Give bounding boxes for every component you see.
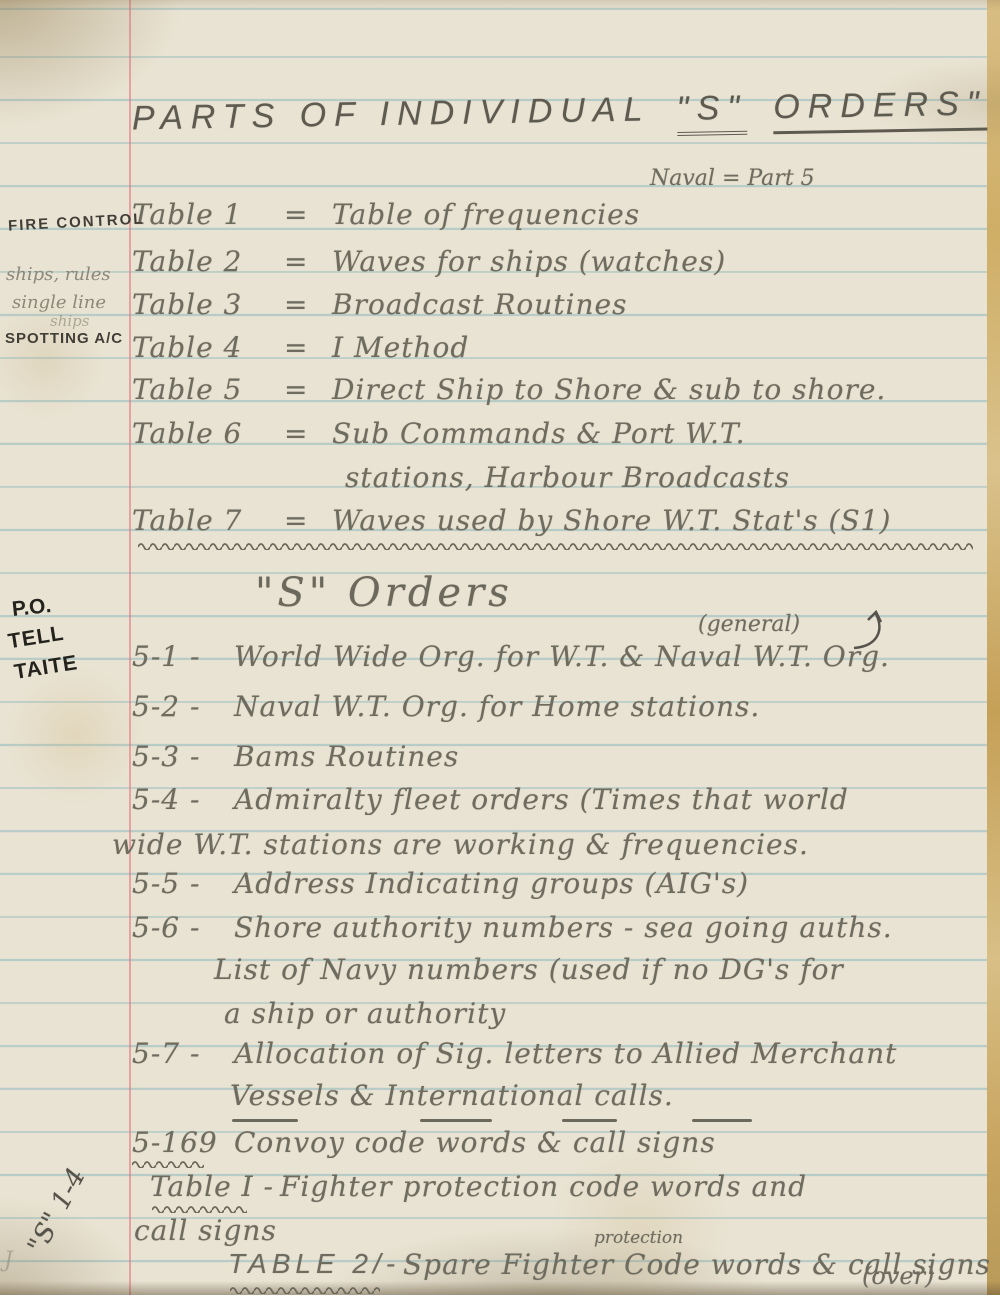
table-label: Table 5 xyxy=(132,373,284,406)
table-row: Table 1 = Table of frequencies xyxy=(132,198,640,231)
squiggle-underline xyxy=(132,1158,204,1168)
order-item: 5-6 - Shore authority numbers - sea goin… xyxy=(132,911,893,944)
order-5-6-continuation-1: List of Navy numbers (used if no DG's fo… xyxy=(214,953,844,986)
margin-note-ships-rules: ships, rules xyxy=(6,264,111,285)
order-item: 5-169 Convoy code words & call signs xyxy=(132,1126,716,1159)
margin-note-single-line: single line xyxy=(12,292,106,313)
equals-sign: = xyxy=(284,331,332,364)
table-value: Table of frequencies xyxy=(332,198,640,231)
order-item: 5-1 - World Wide Org. for W.T. & Naval W… xyxy=(132,640,890,673)
underline-dash xyxy=(420,1119,492,1122)
general-annotation: (general) xyxy=(698,612,800,637)
order-item: 5-5 - Address Indicating groups (AIG's) xyxy=(132,867,749,900)
order-number: 5-6 - xyxy=(132,911,234,944)
order-number: 5-2 - xyxy=(132,690,234,723)
title-part1: PARTS OF INDIVIDUAL xyxy=(132,90,651,145)
protection-annotation: protection xyxy=(594,1228,683,1248)
notebook-page: PARTS OF INDIVIDUAL "S" ORDERS" Naval = … xyxy=(0,0,1000,1295)
table-row: Table 4 = I Method xyxy=(132,331,469,364)
order-text: World Wide Org. for W.T. & Naval W.T. Or… xyxy=(234,640,890,673)
table-label: Table 7 xyxy=(132,504,284,537)
underline-dash xyxy=(232,1119,298,1122)
table-value: Broadcast Routines xyxy=(332,288,627,321)
margin-rule-line xyxy=(129,0,131,1295)
underline-dash xyxy=(562,1119,617,1122)
naval-part-annotation: Naval = Part 5 xyxy=(650,166,815,191)
over-note: (over) xyxy=(862,1262,934,1290)
order-number: 5-1 - xyxy=(132,640,234,673)
order-text: Convoy code words & call signs xyxy=(234,1126,716,1159)
order-item: 5-4 - Admiralty fleet orders (Times that… xyxy=(132,783,849,816)
margin-note-po: P.O. xyxy=(11,594,53,622)
order-item: 5-7 - Allocation of Sig. letters to Alli… xyxy=(132,1037,897,1070)
table-i-line: Table I - Fighter protection code words … xyxy=(150,1170,807,1203)
table-value: Sub Commands & Port W.T. xyxy=(332,417,746,450)
table-label: Table 1 xyxy=(132,198,284,231)
equals-sign: = xyxy=(284,417,332,450)
table-value: Waves used by Shore W.T. Stat's (S1) xyxy=(332,504,891,537)
equals-sign: = xyxy=(284,288,332,321)
order-text: Bams Routines xyxy=(234,740,459,773)
squiggle-underline xyxy=(152,1203,247,1213)
table-2-label: TABLE 2/- xyxy=(228,1248,403,1281)
order-text: Allocation of Sig. letters to Allied Mer… xyxy=(234,1037,897,1070)
order-number: 5-5 - xyxy=(132,867,234,900)
equals-sign: = xyxy=(284,504,332,537)
orders-heading: "S" Orders xyxy=(255,570,513,616)
table-row: Table 6 = Sub Commands & Port W.T. xyxy=(132,417,746,450)
table-value: Direct Ship to Shore & sub to shore. xyxy=(332,373,886,406)
order-number: 5-7 - xyxy=(132,1037,234,1070)
table-row: Table 7 = Waves used by Shore W.T. Stat'… xyxy=(132,504,891,537)
order-number: 5-3 - xyxy=(132,740,234,773)
table-label: Table 2 xyxy=(132,245,284,278)
order-item: 5-3 - Bams Routines xyxy=(132,740,459,773)
title-s: "S" xyxy=(676,89,748,136)
squiggle-divider xyxy=(138,540,973,552)
table6-continuation: stations, Harbour Broadcasts xyxy=(345,461,790,494)
table-label: Table 3 xyxy=(132,288,284,321)
table-label: Table 4 xyxy=(132,331,284,364)
order-item: 5-2 - Naval W.T. Org. for Home stations. xyxy=(132,690,760,723)
order-text: Naval W.T. Org. for Home stations. xyxy=(234,690,760,723)
table-i-label: Table I - xyxy=(150,1170,280,1203)
underline-dash xyxy=(692,1119,752,1122)
equals-sign: = xyxy=(284,373,332,406)
table-row: Table 5 = Direct Ship to Shore & sub to … xyxy=(132,373,886,406)
equals-sign: = xyxy=(284,198,332,231)
order-number: 5-4 - xyxy=(132,783,234,816)
table-value: I Method xyxy=(332,331,469,364)
table-label: Table 6 xyxy=(132,417,284,450)
margin-note-j-mark: J xyxy=(4,1248,13,1273)
order-5-6-continuation-2: a ship or authority xyxy=(224,997,506,1030)
table-i-text: Fighter protection code words and xyxy=(280,1170,807,1203)
margin-note-ships-faint: ships xyxy=(50,312,89,330)
order-number: 5-169 xyxy=(132,1126,234,1159)
title-orders: ORDERS" xyxy=(773,85,987,135)
table-value: Waves for ships (watches) xyxy=(332,245,726,278)
order-text: Address Indicating groups (AIG's) xyxy=(234,867,749,900)
squiggle-underline xyxy=(230,1284,380,1294)
order-5-7-continuation: Vessels & International calls. xyxy=(230,1079,674,1112)
margin-note-spotting: SPOTTING A/C xyxy=(5,330,123,347)
order-text: Admiralty fleet orders (Times that world xyxy=(234,783,849,816)
table-row: Table 3 = Broadcast Routines xyxy=(132,288,627,321)
page-edge xyxy=(987,0,1000,1295)
table-row: Table 2 = Waves for ships (watches) xyxy=(132,245,726,278)
equals-sign: = xyxy=(284,245,332,278)
order-text: Shore authority numbers - sea going auth… xyxy=(234,911,893,944)
order-5-4-continuation: wide W.T. stations are working & frequen… xyxy=(112,828,809,861)
table-i-continuation: call signs xyxy=(134,1214,277,1247)
